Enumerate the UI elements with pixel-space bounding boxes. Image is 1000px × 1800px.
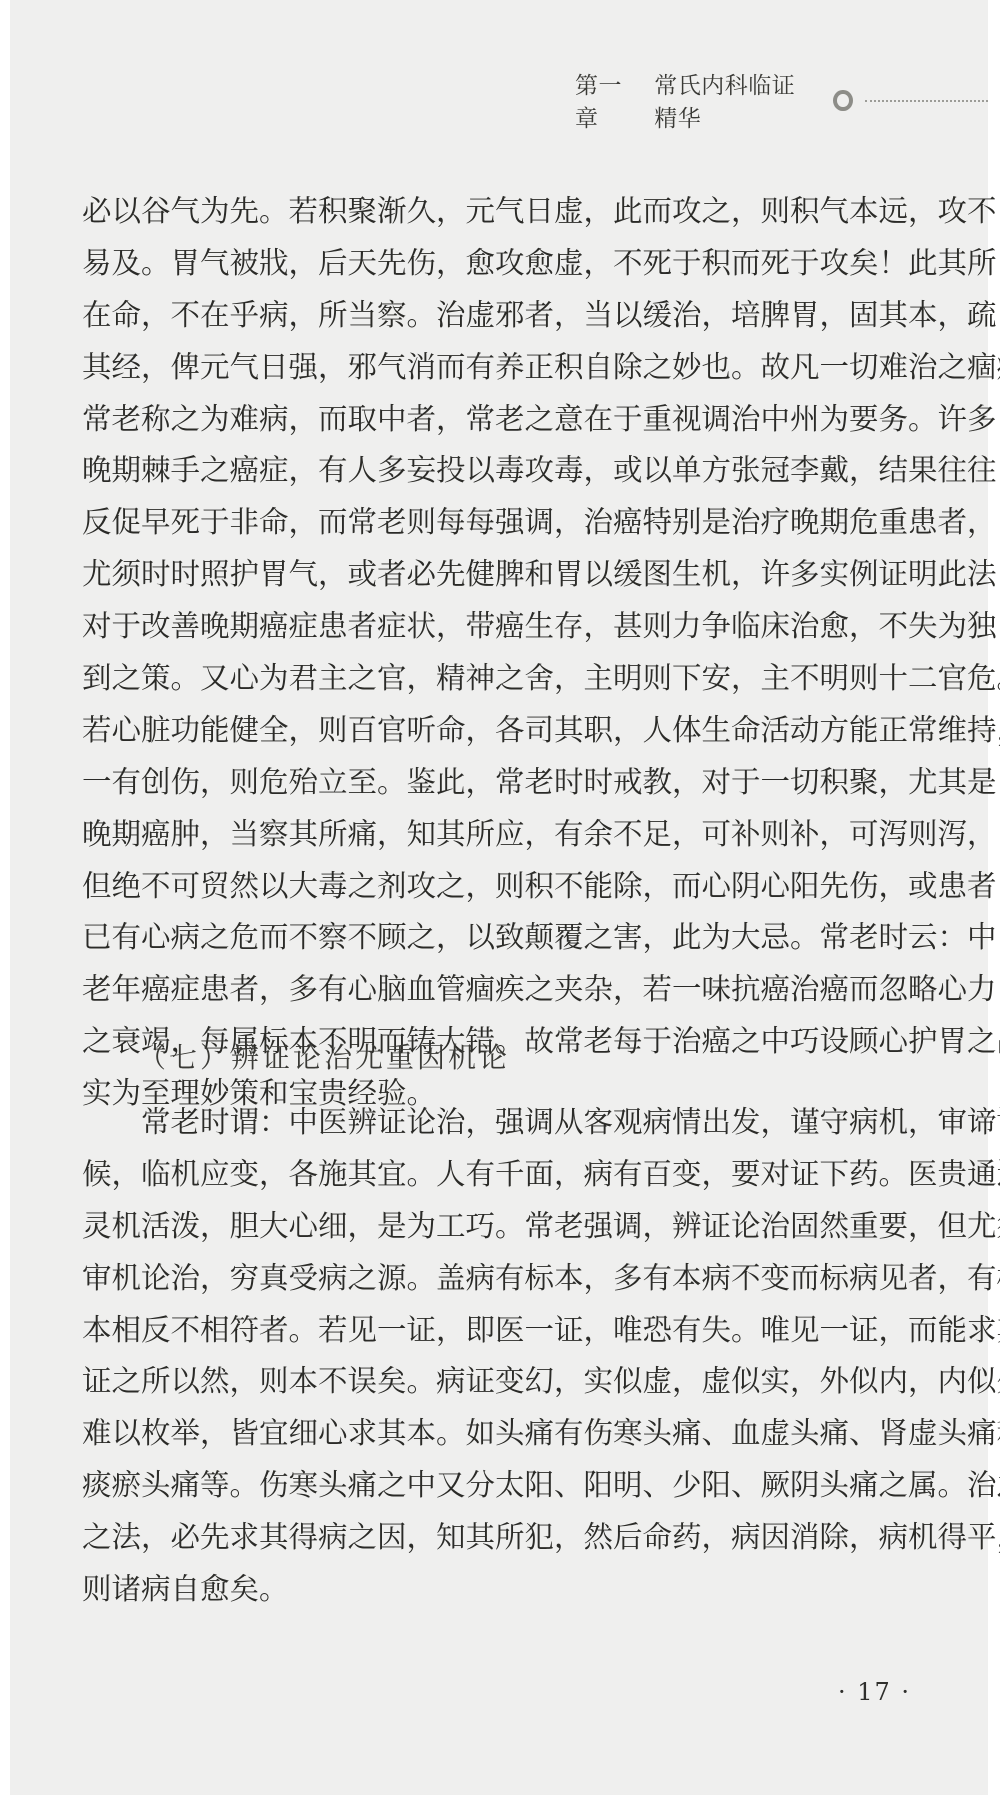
paragraph-2: 常老时谓：中医辨证论治，强调从客观病情出发，谨守病机，审谛证 候，临机应变，各施… (82, 1097, 907, 1616)
paragraph-1: 必以谷气为先。若积聚渐久，元气日虚，此而攻之，则积气本远，攻不 易及。胃气被戕，… (82, 186, 907, 1120)
book-page: 第一章 常氏内科临证精华 必以谷气为先。若积聚渐久，元气日虚，此而攻之，则积气本… (10, 0, 988, 1795)
section-heading: （七）辨证论治尤重因机论 (138, 1036, 510, 1076)
running-head: 第一章 常氏内科临证精华 (575, 82, 988, 118)
text-line: 候，临机应变，各施其宜。人有千面，病有百变，要对证下药。医贵通达， (82, 1149, 907, 1201)
text-line: 在命，不在乎病，所当察。治虚邪者，当以缓治，培脾胃，固其本，疏 (82, 290, 907, 342)
text-line: 晚期癌肿，当察其所痛，知其所应，有余不足，可补则补，可泻则泻， (82, 809, 907, 861)
chapter-title: 常氏内科临证精华 (654, 67, 817, 133)
text-line: 晚期棘手之癌症，有人多妄投以毒攻毒，或以单方张冠李戴，结果往往 (82, 445, 907, 497)
text-line: 常老时谓：中医辨证论治，强调从客观病情出发，谨守病机，审谛证 (82, 1097, 907, 1149)
chapter-label: 第一章 (575, 67, 636, 133)
ring-ornament-icon (833, 90, 852, 111)
text-line: 痰瘀头痛等。伤寒头痛之中又分太阳、阳明、少阳、厥阴头痛之属。治之 (82, 1460, 907, 1512)
text-line: 易及。胃气被戕，后天先伤，愈攻愈虚，不死于积而死于攻矣！此其所 (82, 238, 907, 290)
text-line: 本相反不相符者。若见一证，即医一证，唯恐有失。唯见一证，而能求其 (82, 1305, 907, 1357)
text-line: 一有创伤，则危殆立至。鉴此，常老时时戒教，对于一切积聚，尤其是 (82, 757, 907, 809)
text-line: 之法，必先求其得病之因，知其所犯，然后命药，病因消除，病机得平， (82, 1512, 907, 1564)
text-line: 审机论治，穷真受病之源。盖病有标本，多有本病不变而标病见者，有标 (82, 1253, 907, 1305)
text-line: 反促早死于非命，而常老则每每强调，治癌特别是治疗晚期危重患者， (82, 497, 907, 549)
text-line: 必以谷气为先。若积聚渐久，元气日虚，此而攻之，则积气本远，攻不 (82, 186, 907, 238)
dotted-rule (865, 100, 988, 102)
text-line: 对于改善晚期癌症患者症状，带癌生存，甚则力争临床治愈，不失为独 (82, 601, 907, 653)
text-line: 难以枚举，皆宜细心求其本。如头痛有伤寒头痛、血虚头痛、肾虚头痛和 (82, 1408, 907, 1460)
page-number: · 17 · (838, 1678, 911, 1706)
text-line: 老年癌症患者，多有心脑血管痼疾之夹杂，若一味抗癌治癌而忽略心力 (82, 964, 907, 1016)
text-line: 灵机活泼，胆大心细，是为工巧。常老强调，辨证论治固然重要，但尤须 (82, 1201, 907, 1253)
text-line: 但绝不可贸然以大毒之剂攻之，则积不能除，而心阴心阳先伤，或患者 (82, 861, 907, 913)
text-line: 其经，俾元气日强，邪气消而有养正积自除之妙也。故凡一切难治之痼疾， (82, 342, 907, 394)
text-line: 则诸病自愈矣。 (82, 1564, 907, 1616)
text-line: 若心脏功能健全，则百官听命，各司其职，人体生命活动方能正常维持， (82, 705, 907, 757)
text-line: 已有心病之危而不察不顾之，以致颠覆之害，此为大忌。常老时云：中 (82, 912, 907, 964)
text-line: 尤须时时照护胃气，或者必先健脾和胃以缓图生机，许多实例证明此法 (82, 549, 907, 601)
text-line: 常老称之为难病，而取中者，常老之意在于重视调治中州为要务。许多 (82, 394, 907, 446)
text-line: 到之策。又心为君主之官，精神之舍，主明则下安，主不明则十二官危。 (82, 653, 907, 705)
text-line: 证之所以然，则本不误矣。病证变幻，实似虚，虚似实，外似内，内似外， (82, 1356, 907, 1408)
